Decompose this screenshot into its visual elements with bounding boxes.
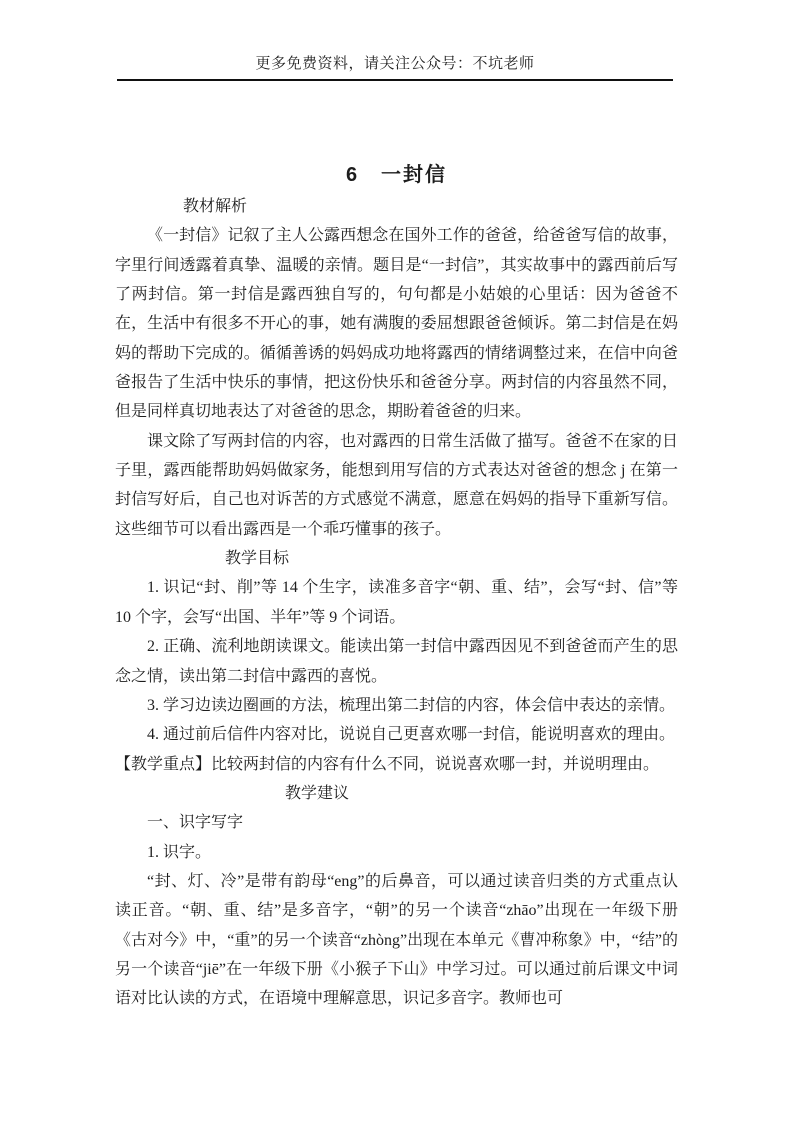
- objective-item: 3. 学习边读边圈画的方法，梳理出第二封信的内容，体会信中表达的亲情。: [115, 691, 678, 720]
- header-banner: 更多免费资料，请关注公众号：不坑老师: [117, 53, 673, 75]
- page-title: 6 一封信: [115, 158, 678, 192]
- header-banner-text: 更多免费资料，请关注公众号：不坑老师: [255, 56, 534, 72]
- suggestions-subheading: 一、识字写字: [115, 808, 678, 837]
- analysis-paragraph: 课文除了写两封信的内容，也对露西的日常生活做了描写。爸爸不在家的日子里，露西能帮…: [115, 427, 678, 544]
- suggestions-subheading: 1. 识字。: [115, 838, 678, 867]
- section-label-suggestions: 教学建议: [115, 779, 678, 808]
- document-body: 6 一封信 教材解析 《一封信》记叙了主人公露西想念在国外工作的爸爸，给爸爸写信…: [115, 158, 678, 1014]
- section-label-analysis: 教材解析: [115, 192, 678, 221]
- header-divider: [117, 79, 673, 81]
- suggestions-paragraph: “封、灯、冷”是带有韵母“eng”的后鼻音，可以通过读音归类的方式重点认读正音。…: [115, 867, 678, 1014]
- document-page: 更多免费资料，请关注公众号：不坑老师 6 一封信 教材解析 《一封信》记叙了主人…: [0, 0, 793, 1122]
- objective-item: 1. 识记“封、削”等 14 个生字，读准多音字“朝、重、结”，会写“封、信”等…: [115, 573, 678, 632]
- teaching-key-point: 【教学重点】比较两封信的内容有什么不同，说说喜欢哪一封，并说明理由。: [115, 750, 678, 779]
- objective-item: 2. 正确、流利地朗读课文。能读出第一封信中露西因见不到爸爸而产生的思念之情，读…: [115, 632, 678, 691]
- section-label-objectives: 教学目标: [115, 544, 678, 573]
- objective-item: 4. 通过前后信件内容对比，说说自己更喜欢哪一封信，能说明喜欢的理由。: [115, 720, 678, 749]
- analysis-paragraph: 《一封信》记叙了主人公露西想念在国外工作的爸爸，给爸爸写信的故事，字里行间透露着…: [115, 221, 678, 426]
